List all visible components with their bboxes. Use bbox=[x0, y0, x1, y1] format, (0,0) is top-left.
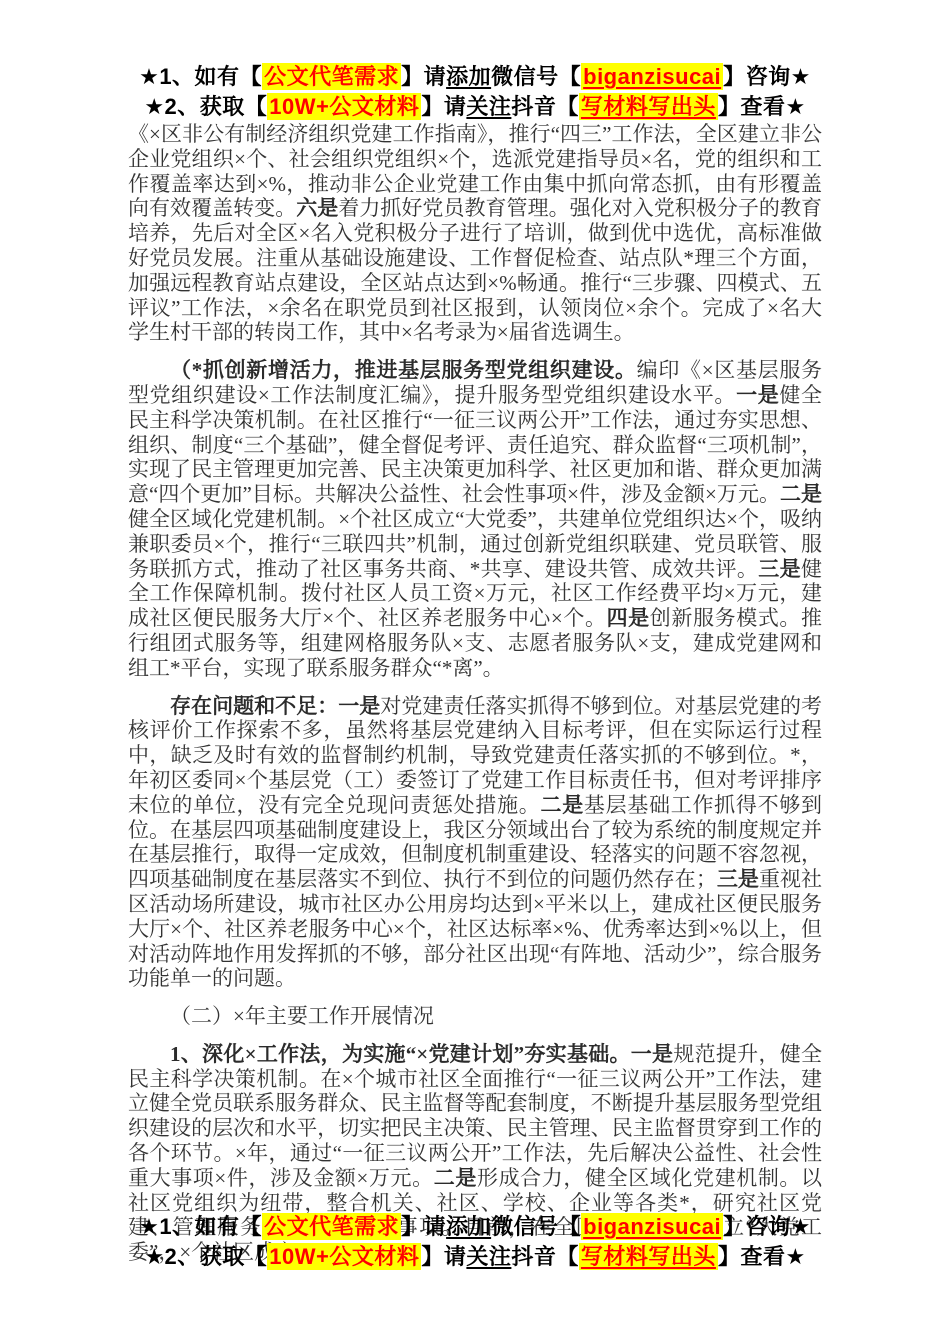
text-run: 三是 bbox=[717, 867, 759, 891]
text-run: （二）×年主要工作开展情况 bbox=[170, 1004, 434, 1028]
promo-text: ★1、如有【 bbox=[139, 1214, 262, 1239]
text-run: 三是 bbox=[758, 557, 801, 581]
promo-highlight: 公文代笔需求 bbox=[262, 1213, 401, 1240]
promo-text: 】请 bbox=[401, 64, 446, 89]
text-run: 一是 bbox=[736, 383, 779, 407]
promo-text: 】请 bbox=[401, 1214, 446, 1239]
promo-line: ★1、如有【公文代笔需求】请添加微信号【biganzisucai】咨询★ bbox=[0, 62, 950, 92]
section-heading: （二）×年主要工作开展情况 bbox=[128, 1004, 822, 1029]
promo-text: 】咨询★ bbox=[723, 1214, 811, 1239]
promo-highlight: 写材料写出头 bbox=[579, 93, 718, 120]
promo-text: 】请 bbox=[421, 94, 466, 119]
text-run: （*抓创新增活力，推进基层服务型党组织建设。 bbox=[170, 358, 637, 382]
promo-text: 抖音【 bbox=[511, 1244, 579, 1269]
promo-text: 关注 bbox=[466, 1244, 511, 1269]
promo-footer: ★1、如有【公文代笔需求】请添加微信号【biganzisucai】咨询★★2、获… bbox=[0, 1212, 950, 1272]
document-page: ★1、如有【公文代笔需求】请添加微信号【biganzisucai】咨询★★2、获… bbox=[0, 0, 950, 1344]
promo-text: 添加 bbox=[446, 1214, 491, 1239]
promo-highlight: 写材料写出头 bbox=[579, 1243, 718, 1270]
promo-header: ★1、如有【公文代笔需求】请添加微信号【biganzisucai】咨询★★2、获… bbox=[0, 0, 950, 122]
text-run: 健全区域化党建机制。×个社区成立“大党委”，共建单位党组织达×个，吸纳兼职委员×… bbox=[128, 507, 822, 581]
promo-text: ★1、如有【 bbox=[139, 64, 262, 89]
promo-highlight: biganzisucai bbox=[581, 63, 723, 90]
promo-text: 微信号【 bbox=[491, 1214, 581, 1239]
promo-highlight: 10W+公文材料 bbox=[267, 93, 421, 120]
promo-text: 】查看★ bbox=[718, 1244, 806, 1269]
text-run: 二是 bbox=[540, 793, 583, 817]
promo-text: 添加 bbox=[446, 64, 491, 89]
text-run: 四是 bbox=[607, 606, 650, 630]
paragraph: 存在问题和不足：一是对党建责任落实抓得不够到位。对基层党建的考核评价工作探索不多… bbox=[128, 694, 822, 992]
text-run: 二是 bbox=[780, 482, 822, 506]
text-run: 六是 bbox=[296, 196, 338, 220]
promo-highlight: 公文代笔需求 bbox=[262, 63, 401, 90]
text-run: 二是 bbox=[434, 1166, 477, 1190]
paragraph: （*抓创新增活力，推进基层服务型党组织建设。编印《×区基层服务型党组织建设×工作… bbox=[128, 358, 822, 680]
paragraph: 《×区非公有制经济组织党建工作指南》，推行“四三”工作法，全区建立非公企业党组织… bbox=[128, 122, 822, 345]
promo-text: 关注 bbox=[466, 94, 511, 119]
promo-text: 微信号【 bbox=[491, 64, 581, 89]
promo-line: ★1、如有【公文代笔需求】请添加微信号【biganzisucai】咨询★ bbox=[0, 1212, 950, 1242]
promo-line: ★2、获取【10W+公文材料】请关注抖音【写材料写出头】查看★ bbox=[0, 92, 950, 122]
promo-text: 抖音【 bbox=[511, 94, 579, 119]
promo-text: ★2、获取【 bbox=[144, 1244, 267, 1269]
promo-text: ★2、获取【 bbox=[144, 94, 267, 119]
promo-highlight: 10W+公文材料 bbox=[267, 1243, 421, 1270]
promo-highlight: biganzisucai bbox=[581, 1213, 723, 1240]
promo-text: 】查看★ bbox=[718, 94, 806, 119]
promo-text: 】请 bbox=[421, 1244, 466, 1269]
document-body: 《×区非公有制经济组织党建工作指南》，推行“四三”工作法，全区建立非公企业党组织… bbox=[128, 122, 822, 1265]
promo-line: ★2、获取【10W+公文材料】请关注抖音【写材料写出头】查看★ bbox=[0, 1242, 950, 1272]
text-run: 1、深化×工作法，为实施“×党建计划”夯实基础。一是 bbox=[170, 1042, 673, 1066]
text-run: 存在问题和不足：一是 bbox=[170, 694, 380, 718]
promo-text: 】咨询★ bbox=[723, 64, 811, 89]
